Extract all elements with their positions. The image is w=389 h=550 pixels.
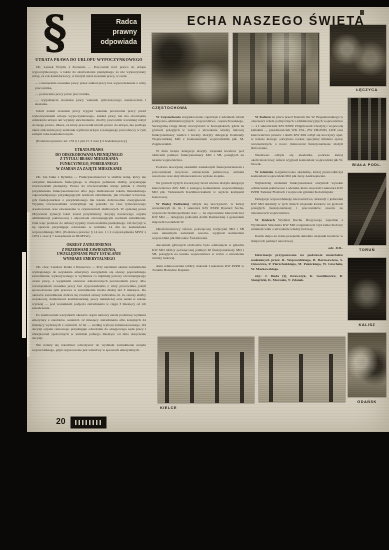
city-lead: W Gdańsku — [255, 170, 273, 174]
legal-heading-3: OKRESY ZATRUDNIENIA Z PRZERWAMI ZAWIESZE… — [34, 243, 144, 262]
caption-strip-5: GDAŃSK — [348, 400, 386, 404]
photo-credits: zdj.: J. Duda (3), Krawczyk, K. Gozdkiew… — [251, 274, 343, 283]
legal-heading-1: UTRATA PRAWA DO URLOPU WYPOCZYNKOWEGO — [32, 57, 146, 62]
legal-list-item: — rozwiązania stosunku pracy przez zakła… — [32, 81, 146, 90]
photo-strip-3 — [348, 173, 386, 245]
article-paragraph: Na grobach byłych towarzyszy broni wieńc… — [152, 181, 244, 199]
paragraph-symbol-icon: § — [43, 9, 67, 55]
legal-list: — rozwiązania stosunku pracy przez zakła… — [32, 81, 146, 107]
legal-paragraph: Nie należy się natomiast odwoływać do wy… — [32, 343, 146, 352]
caption-strip-2: BIAŁA PODL. — [348, 163, 386, 167]
paragraph-text: na placu przed Teatrem im. W. Bogusławsk… — [251, 115, 343, 150]
legal-paragraph: Ob. Leszek Wójcik z Poznania — Pracownik… — [32, 65, 146, 79]
binding-highlight — [27, 212, 31, 357]
caption-strip-1: ŁĘCZYCA — [348, 88, 386, 92]
article-paragraph: Najbardziej zasłużeni funkcjonariusze ot… — [251, 181, 343, 194]
city-lead: W Kielcach — [255, 218, 275, 222]
article-paragraph: Niedawno odbyła się akademia, podczas kt… — [251, 153, 343, 166]
city-lead: W Częstochowie — [156, 115, 181, 119]
heading-line: W ZAMIAN ZA ZAJĘTE MIESZKANIE — [34, 167, 144, 172]
article-signature: odc. JOL. — [251, 246, 343, 250]
legal-paragraph: Po zsumowaniu wszystkich okresów organ r… — [32, 313, 146, 340]
heading-line: WYMIARU EMERYTALNEGO — [34, 257, 144, 262]
lawbox-line: prawny — [91, 28, 137, 38]
page-number: 20 — [56, 416, 65, 426]
caption-czestochowa: CZĘSTOCHOWA — [152, 106, 187, 110]
legal-basis: (Podstawa prawna: art. 155 § 1 pkt 2 i 3… — [32, 139, 146, 144]
caption-strip-4: KALISZ — [348, 323, 386, 327]
article-paragraph: W Częstochowie zorganizowano capstrzyk z… — [152, 115, 244, 146]
lawbox-line: Radca — [91, 18, 137, 28]
photo-strip-2 — [348, 98, 386, 160]
article-paragraph: Podczas uroczystej akademii zasłużonym f… — [152, 165, 244, 178]
article-paragraph: W Kaliszu na placu przed Teatrem im. W. … — [251, 115, 343, 151]
article-paragraph: W dniu święta delegacje złożyły wiązanki… — [152, 149, 244, 162]
legal-paragraph: Ob. chor. Czesław Kalka z Rzeszowa — Prz… — [32, 265, 146, 310]
photo-kielce-2 — [259, 337, 345, 402]
caption-kielce: KIELCE — [160, 406, 177, 410]
city-lead: W Białej Podlaskiej — [156, 202, 189, 206]
page-mark — [360, 10, 364, 15]
article-paragraph: W Kielcach Wydział Ruchu Drogowego wspól… — [251, 218, 343, 231]
article-paragraph: Okolicznościowy referat, poświęcony trad… — [152, 227, 244, 240]
article-paragraph: Delegacje wojewódzkiego kierownictwa, in… — [251, 197, 343, 215]
photo-strip-5 — [348, 333, 386, 397]
photo-czestochowa — [152, 33, 228, 104]
scanned-newspaper-page: § Radca prawny odpowiada UTRATA PRAWA DO… — [0, 0, 389, 550]
caption-strip-3: TORUŃ — [348, 248, 386, 252]
magazine-nameplate-logo — [71, 417, 106, 428]
page-edge-sliver — [22, 252, 26, 338]
article-paragraph: W Białej Podlaskiej odbyła się uroczysto… — [152, 202, 244, 224]
city-lead: W Kaliszu — [255, 115, 271, 119]
article-paragraph: Każda ekipa na trasie przejazdu składała… — [251, 234, 343, 243]
legal-list-item: — porzucenia pracy przez pracownika, — [32, 92, 146, 97]
newspaper-page: § Radca prawny odpowiada UTRATA PRAWA DO… — [27, 7, 389, 432]
legal-paragraph: Ob. Jan Jałka z Rybnika — Funkcjonariusz… — [32, 175, 146, 239]
article-column-right: W Kaliszu na placu przed Teatrem im. W. … — [251, 115, 343, 353]
legal-advice-box: Radca prawny odpowiada — [91, 14, 141, 53]
photo-ceremony — [233, 33, 319, 104]
article-paragraph: W Gdańsku zorganizowano akademię, której… — [251, 170, 343, 179]
legal-heading-2: UTRATA PRAWA DO ODSZKODOWANIA PIENIĘŻNEG… — [34, 148, 144, 172]
legal-paragraph: Jeżeli zatem stosunek pracy wygasł wskut… — [32, 109, 146, 136]
photo-kielce-1 — [158, 337, 254, 403]
article-paragraph: Aktu udekorowania tablicy dokonał I sekr… — [152, 264, 244, 273]
photo-strip-4 — [348, 258, 386, 320]
lawbox-line: odpowiada — [91, 38, 137, 48]
paragraph-text: zorganizowano capstrzyk z udziałem władz… — [152, 115, 244, 146]
article-column-left: W Częstochowie zorganizowano capstrzyk z… — [152, 115, 244, 353]
photo-strip-1 — [330, 25, 386, 86]
article-credits: Informacje przygotowano na podstawie mat… — [251, 253, 343, 271]
legal-column-text: Ob. Leszek Wójcik z Poznania — Pracownik… — [32, 65, 146, 415]
article-paragraph: Akcentem głównych obchodów było odsłonię… — [152, 243, 244, 261]
legal-list-item: — wygaśnięcia stosunku pracy wskutek tym… — [32, 98, 146, 107]
